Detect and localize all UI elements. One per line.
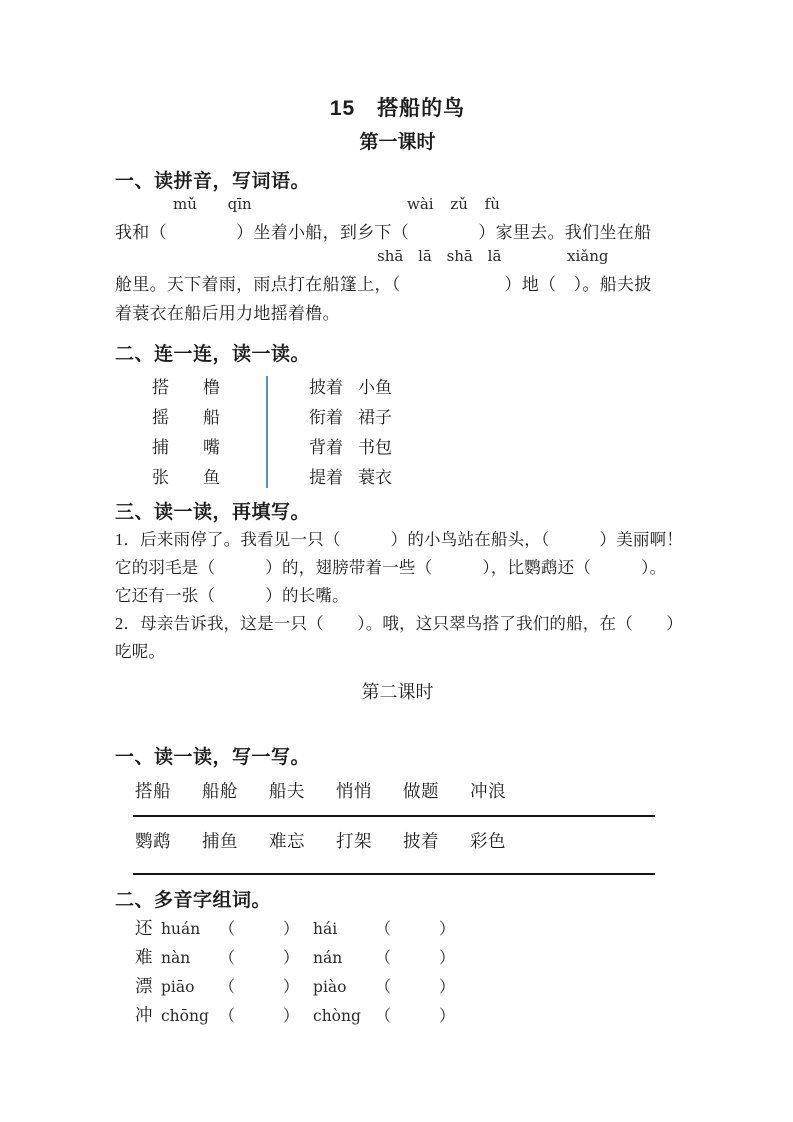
match-left-noun: 船	[203, 403, 220, 433]
match-left-verb: 搭	[152, 373, 169, 403]
pinyin-reading-1: huán	[161, 915, 219, 944]
pinyin-reading-2: nán	[313, 944, 375, 973]
ex3-line-2: 它的羽毛是（ ）的，翅膀带着一些（ ），比鹦鹉还（ ）。	[115, 554, 680, 582]
word: 打架	[336, 826, 372, 856]
ex1-line-1: 我和（ ）坐着小船，到乡下（ ）家里去。我们坐在船	[115, 218, 680, 247]
pinyin-reading-1: nàn	[161, 944, 219, 973]
fill-blank: （ ）	[375, 944, 455, 973]
ex3-line-5: 吃呢。	[115, 638, 680, 666]
match-right-verb: 背着	[309, 433, 343, 463]
word: 披着	[403, 826, 439, 856]
match-right-noun: 书包	[358, 433, 392, 463]
ex3-line-4: 2．母亲告诉我，这是一只（ ）。哦，这只翠鸟搭了我们的船，在（ ）	[115, 610, 680, 638]
word: 船夫	[269, 776, 305, 806]
polyphone-row-huan: 还huán（ ）hái（ ）	[115, 914, 680, 943]
match-row-4: 张 鱼 提着 蓑衣	[115, 463, 680, 493]
word: 冲浪	[470, 776, 506, 806]
part1-heading: 第一课时	[115, 131, 680, 155]
word: 做题	[403, 776, 439, 806]
word: 鹦鹉	[135, 826, 171, 856]
polyphone-char: 漂	[135, 972, 161, 1001]
match-right-noun: 蓑衣	[358, 463, 392, 493]
pinyin-mu-qin: mǔ qīn	[173, 195, 252, 213]
match-right-noun: 小鱼	[358, 373, 392, 403]
fill-blank: （ ）	[219, 944, 299, 973]
lesson-title: 15 搭船的鸟	[115, 96, 680, 122]
word: 难忘	[269, 826, 305, 856]
pinyin-row-1: mǔ qīn wài zǔ fù	[115, 195, 680, 218]
pinyin-xiang: xiǎng	[567, 247, 608, 265]
worksheet-page: 15 搭船的鸟 第一课时 一、读拼音，写词语。 mǔ qīn wài zǔ fù…	[0, 0, 793, 1122]
pinyin-reading-2: piào	[313, 973, 375, 1002]
fill-blank: （ ）	[219, 1002, 299, 1031]
ex1-line-2: 舱里。天下着雨，雨点打在船篷上，（ ）地（ ）。船夫披	[115, 270, 680, 299]
writing-line-2	[133, 873, 655, 875]
ex3-line-1: 1．后来雨停了。我看见一只（ ）的小鸟站在船头，（ ）美丽啊！	[115, 526, 680, 554]
polyphone-row-piao: 漂piāo（ ）piào（ ）	[115, 972, 680, 1001]
fill-blank: （ ）	[219, 973, 299, 1002]
match-left-noun: 鱼	[203, 463, 220, 493]
fill-blank: （ ）	[219, 915, 299, 944]
match-row-3: 捕 嘴 背着 书包	[115, 433, 680, 463]
match-left-noun: 橹	[203, 373, 220, 403]
match-row-1: 搭 橹 披着 小鱼	[115, 373, 680, 403]
part1-ex1-header: 一、读拼音，写词语。	[115, 168, 680, 195]
word-row-2: 鹦鹉 捕鱼 难忘 打架 披着 彩色	[115, 826, 680, 856]
polyphone-char: 冲	[135, 1001, 161, 1030]
ex3-line-3: 它还有一张（ ）的长嘴。	[115, 582, 680, 610]
fill-blank: （ ）	[375, 973, 455, 1002]
word: 彩色	[470, 826, 506, 856]
pinyin-reading-2: chòng	[313, 1002, 375, 1031]
fill-blank: （ ）	[375, 1002, 455, 1031]
match-row-2: 摇 船 衔着 裙子	[115, 403, 680, 433]
column-divider-line	[266, 376, 268, 488]
match-left-verb: 张	[152, 463, 169, 493]
ex1-line-3: 着蓑衣在船后用力地摇着橹。	[115, 299, 680, 328]
word: 悄悄	[336, 776, 372, 806]
match-left-verb: 摇	[152, 403, 169, 433]
match-right-noun: 裙子	[358, 403, 392, 433]
match-right-verb: 提着	[309, 463, 343, 493]
polyphone-char: 还	[135, 914, 161, 943]
matching-block: 搭 橹 披着 小鱼 摇 船 衔着 裙子 捕 嘴 背着 书包 张 鱼 提着 蓑衣	[115, 373, 680, 495]
part1-ex2-header: 二、连一连，读一读。	[115, 341, 680, 368]
pinyin-reading-2: hái	[313, 915, 375, 944]
fill-blank: （ ）	[375, 915, 455, 944]
word: 船舱	[202, 776, 238, 806]
polyphone-row-nan: 难nàn（ ）nán（ ）	[115, 943, 680, 972]
match-left-noun: 嘴	[203, 433, 220, 463]
match-left-verb: 捕	[152, 433, 169, 463]
word-row-1: 搭船 船舱 船夫 悄悄 做题 冲浪	[115, 776, 680, 806]
word: 搭船	[135, 776, 171, 806]
pinyin-row-2: shā lā shā lā xiǎng	[115, 247, 680, 270]
pinyin-reading-1: chōng	[161, 1002, 219, 1031]
match-right-verb: 衔着	[309, 403, 343, 433]
writing-line-1	[133, 815, 655, 817]
part2-ex2-header: 二、多音字组词。	[115, 887, 680, 914]
pinyin-wai-zu-fu: wài zǔ fù	[407, 195, 500, 213]
part2-heading: 第二课时	[115, 680, 680, 704]
match-right-verb: 披着	[309, 373, 343, 403]
polyphone-row-chong: 冲chōng（ ）chòng（ ）	[115, 1001, 680, 1030]
word: 捕鱼	[202, 826, 238, 856]
pinyin-reading-1: piāo	[161, 973, 219, 1002]
pinyin-sha-la-sha-la: shā lā shā lā	[377, 247, 501, 265]
polyphone-char: 难	[135, 943, 161, 972]
part1-ex3-header: 三、读一读，再填写。	[115, 499, 680, 526]
part2-ex1-header: 一、读一读，写一写。	[115, 744, 680, 771]
